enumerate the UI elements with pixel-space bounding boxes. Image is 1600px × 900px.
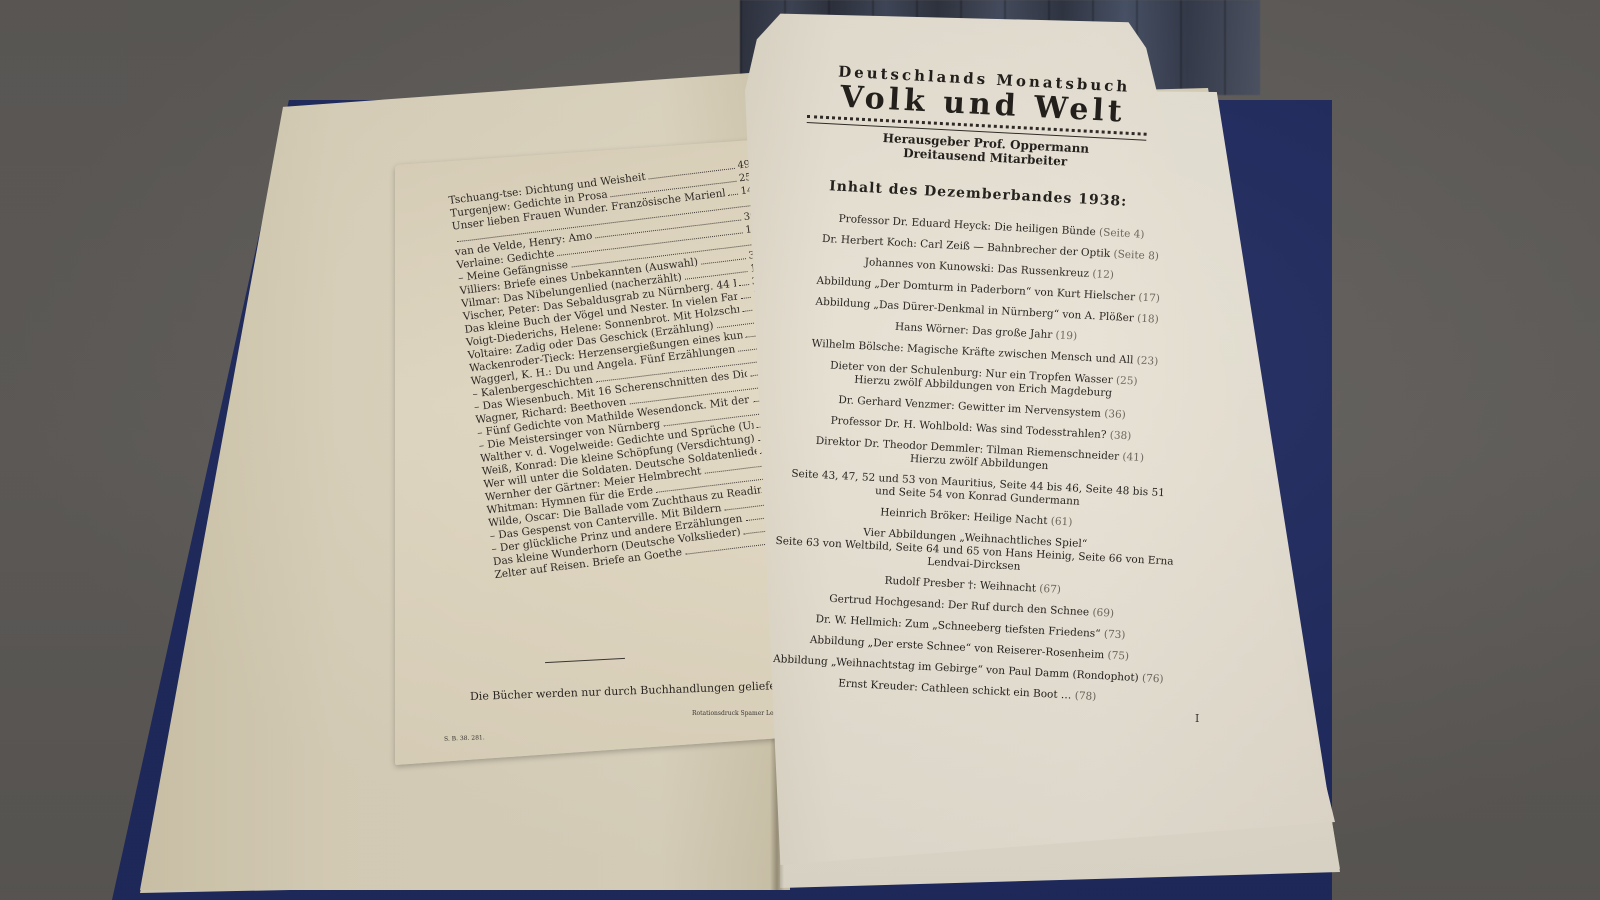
insert-book-list: Tschuang-tse: Dichtung und Weisheit499 T… (448, 157, 803, 582)
table-of-contents: Professor Dr. Eduard Heyck: Die heiligen… (757, 210, 1201, 708)
photo-scene: Tschuang-tse: Dichtung und Weisheit499 T… (0, 0, 1600, 900)
magazine-content: Deutschlands Monatsbuch Volk und Welt He… (757, 60, 1210, 716)
page-number: I (1195, 712, 1199, 725)
contents-heading: Inhalt des Dezemberbandes 1938: (753, 174, 1203, 214)
insert-code: S. B. 38. 281. (444, 734, 485, 742)
